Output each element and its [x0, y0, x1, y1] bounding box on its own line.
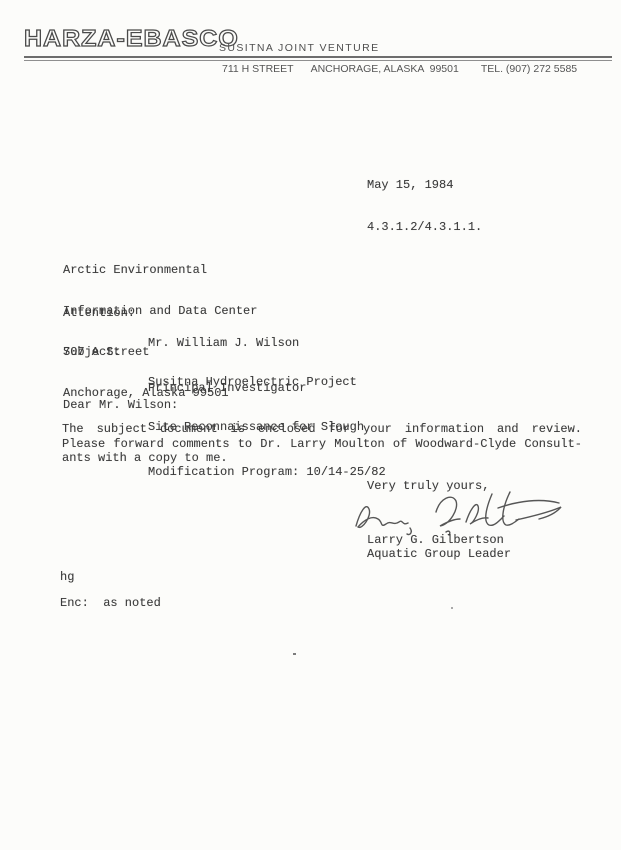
- letterhead-address: 711 H STREET ANCHORAGE, ALASKA 99501 TEL…: [222, 63, 577, 75]
- street-address: 711 H STREET: [222, 63, 294, 75]
- subject-line: Susitna Hydroelectric Project: [148, 375, 386, 390]
- signer-title: Aquatic Group Leader: [367, 547, 511, 561]
- scanned-letter-page: HARZA-EBASCO SUSITNA JOINT VENTURE 711 H…: [0, 0, 621, 850]
- enclosure-note: Enc: as noted: [60, 596, 161, 610]
- scan-artifact-dot: [451, 607, 453, 609]
- scan-artifact-dot: [293, 653, 296, 655]
- phone-number: TEL. (907) 272 5585: [481, 63, 577, 75]
- company-logo: HARZA-EBASCO: [24, 26, 239, 53]
- handwritten-signature: [350, 486, 565, 538]
- body-line: Please forward comments to Dr. Larry Mou…: [62, 437, 582, 452]
- letterhead-rule-top: [24, 56, 612, 58]
- typist-initials: hg: [60, 570, 74, 584]
- letterhead-rule-bottom: [24, 60, 612, 61]
- subject-line: Modification Program: 10/14-25/82: [148, 465, 386, 480]
- letter-body: The subject document is enclosed for you…: [62, 422, 582, 466]
- date-block: May 15, 1984 4.3.1.2/4.3.1.1.: [367, 150, 482, 262]
- signer-name: Larry G. Gilbertson: [367, 533, 504, 547]
- city-address: ANCHORAGE, ALASKA 99501: [311, 63, 459, 75]
- body-line: The subject document is enclosed for you…: [62, 422, 582, 437]
- subject-label: Subject:: [63, 345, 121, 360]
- letter-date: May 15, 1984: [367, 178, 482, 192]
- body-line: ants with a copy to me.: [62, 451, 582, 466]
- salutation: Dear Mr. Wilson:: [63, 398, 178, 412]
- reference-number: 4.3.1.2/4.3.1.1.: [367, 220, 482, 234]
- attention-label: Attention:: [63, 306, 135, 321]
- joint-venture-label: SUSITNA JOINT VENTURE: [219, 42, 379, 54]
- recipient-line: Arctic Environmental: [63, 264, 257, 278]
